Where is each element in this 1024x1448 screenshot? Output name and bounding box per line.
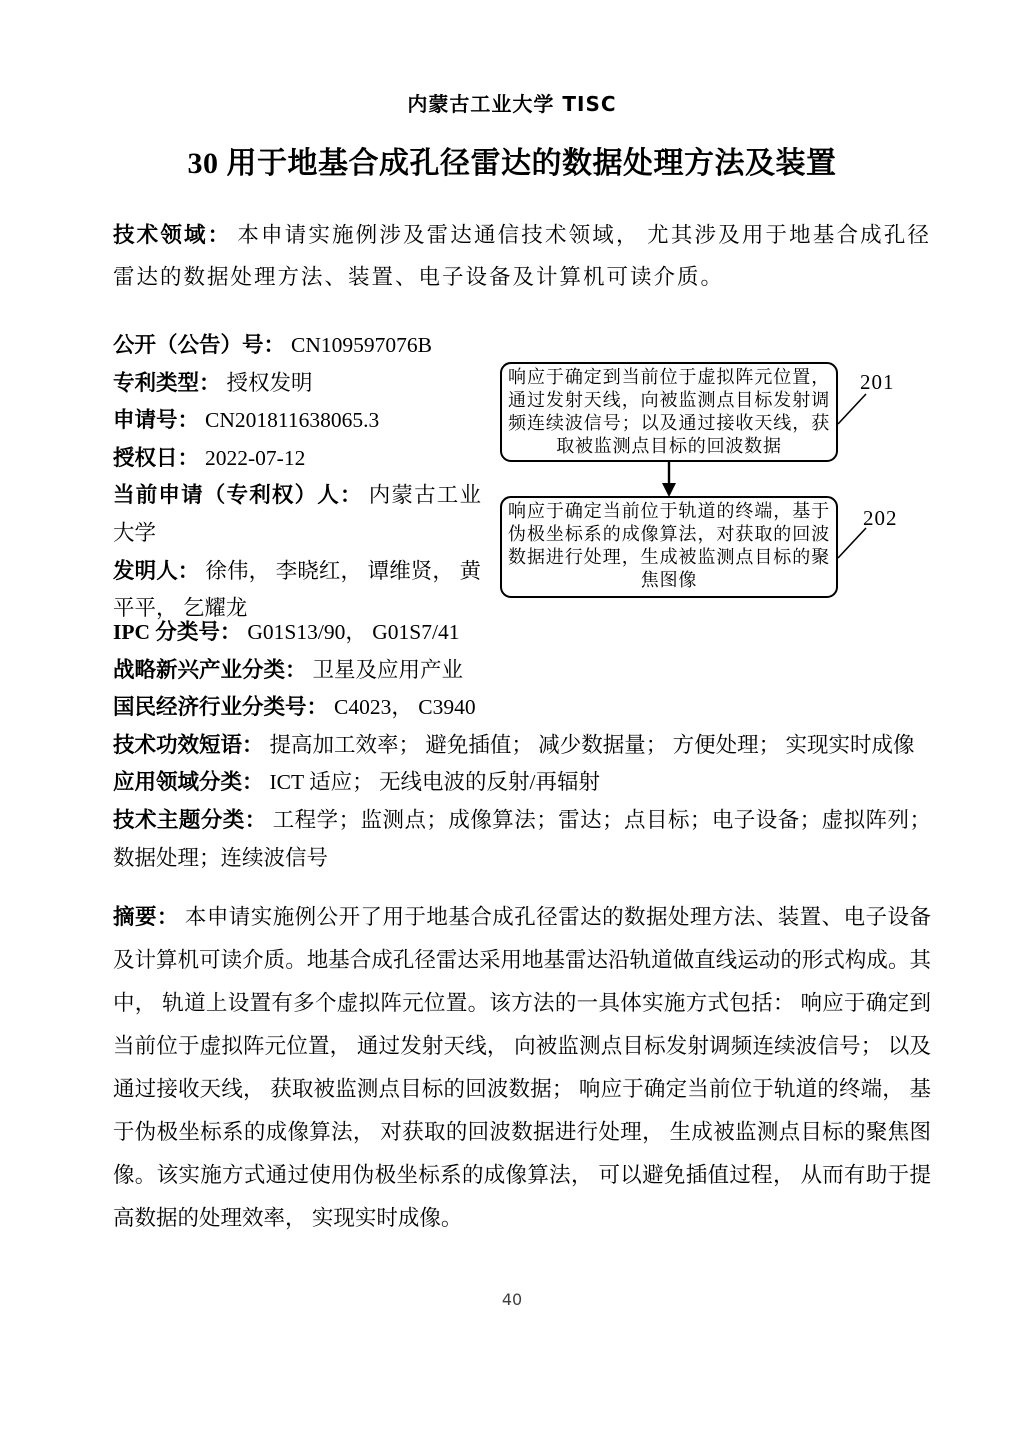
field-topic-class: 技术主题分类：工程学；监测点；成像算法；雷达；点目标；电子设备；虚拟阵列；数据处… bbox=[113, 802, 931, 877]
metadata-full-width: IPC 分类号：G01S13/90， G01S7/41 战略新兴产业分类：卫星及… bbox=[113, 614, 931, 877]
field-current-assignee: 当前申请（专利权）人：内蒙古工业大学 bbox=[113, 477, 481, 552]
abstract-paragraph: 摘要：本申请实施例公开了用于地基合成孔径雷达的数据处理方法、装置、电子设备及计算… bbox=[113, 896, 931, 1240]
field-application-number: 申请号：CN201811638065.3 bbox=[113, 402, 481, 440]
field-label: 授权日： bbox=[113, 446, 199, 470]
ref-201-leader-line bbox=[838, 394, 866, 424]
tech-field-text: 本申请实施例涉及雷达通信技术领域， 尤其涉及用于地基合成孔径雷达的数据处理方法、… bbox=[113, 223, 931, 289]
field-value: ICT 适应； 无线电波的反射/再辐射 bbox=[270, 770, 600, 794]
field-value: CN201811638065.3 bbox=[205, 408, 379, 432]
field-application-area: 应用领域分类：ICT 适应； 无线电波的反射/再辐射 bbox=[113, 764, 931, 802]
field-label: IPC 分类号： bbox=[113, 620, 241, 644]
field-value: 2022-07-12 bbox=[205, 446, 305, 470]
abstract-label: 摘要： bbox=[113, 905, 179, 929]
field-label: 技术功效短语： bbox=[113, 733, 264, 757]
patent-document-page: 内蒙古工业大学 TISC 30 用于地基合成孔径雷达的数据处理方法及装置 技术领… bbox=[0, 0, 1024, 1448]
page-number: 40 bbox=[0, 1290, 1024, 1309]
field-ipc-class: IPC 分类号：G01S13/90， G01S7/41 bbox=[113, 614, 931, 652]
field-label: 应用领域分类： bbox=[113, 770, 264, 794]
field-label: 发明人： bbox=[113, 559, 199, 583]
field-label: 申请号： bbox=[113, 408, 199, 432]
field-grant-date: 授权日：2022-07-12 bbox=[113, 440, 481, 478]
flowchart-ref-202: 202 bbox=[863, 506, 898, 531]
flowchart-ref-201: 201 bbox=[860, 370, 895, 395]
field-value: 提高加工效率； 避免插值； 减少数据量； 方便处理； 实现实时成像 bbox=[270, 733, 915, 757]
field-effect-phrases: 技术功效短语：提高加工效率； 避免插值； 减少数据量； 方便处理； 实现实时成像 bbox=[113, 727, 931, 765]
field-value: 授权发明 bbox=[227, 371, 313, 395]
field-economy-class: 国民经济行业分类号：C4023， C3940 bbox=[113, 689, 931, 727]
field-label: 国民经济行业分类号： bbox=[113, 695, 328, 719]
field-strategic-industry: 战略新兴产业分类：卫星及应用产业 bbox=[113, 652, 931, 690]
metadata-left-column: 公开（公告）号：CN109597076B 专利类型：授权发明 申请号：CN201… bbox=[113, 327, 481, 628]
field-label: 专利类型： bbox=[113, 371, 221, 395]
field-patent-type: 专利类型：授权发明 bbox=[113, 365, 481, 403]
field-label: 公开（公告）号： bbox=[113, 333, 285, 357]
step-arrow-head bbox=[662, 483, 676, 497]
abstract-text: 本申请实施例公开了用于地基合成孔径雷达的数据处理方法、装置、电子设备及计算机可读… bbox=[113, 905, 931, 1230]
field-value: C4023， C3940 bbox=[334, 695, 476, 719]
ref-202-leader-line bbox=[838, 528, 866, 558]
page-title: 30 用于地基合成孔径雷达的数据处理方法及装置 bbox=[0, 138, 1024, 182]
flowchart-figure: 响应于确定到当前位于虚拟阵元位置，通过发射天线，向被监测点目标发射调频连续波信号… bbox=[500, 360, 930, 622]
tech-field-label: 技术领域： bbox=[113, 223, 231, 247]
tech-field-paragraph: 技术领域：本申请实施例涉及雷达通信技术领域， 尤其涉及用于地基合成孔径雷达的数据… bbox=[113, 214, 931, 298]
field-label: 当前申请（专利权）人： bbox=[113, 483, 363, 507]
field-value: CN109597076B bbox=[291, 333, 432, 357]
field-publication-number: 公开（公告）号：CN109597076B bbox=[113, 327, 481, 365]
field-label: 战略新兴产业分类： bbox=[113, 658, 307, 682]
flowchart-step-202-box: 响应于确定当前位于轨道的终端，基于伪极坐标系的成像算法，对获取的回波数据进行处理… bbox=[500, 496, 838, 598]
flowchart-step-201-box: 响应于确定到当前位于虚拟阵元位置，通过发射天线，向被监测点目标发射调频连续波信号… bbox=[500, 362, 838, 462]
field-value: G01S13/90， G01S7/41 bbox=[247, 620, 459, 644]
field-label: 技术主题分类： bbox=[113, 808, 267, 832]
organization-header: 内蒙古工业大学 TISC bbox=[0, 88, 1024, 117]
field-value: 卫星及应用产业 bbox=[313, 658, 464, 682]
